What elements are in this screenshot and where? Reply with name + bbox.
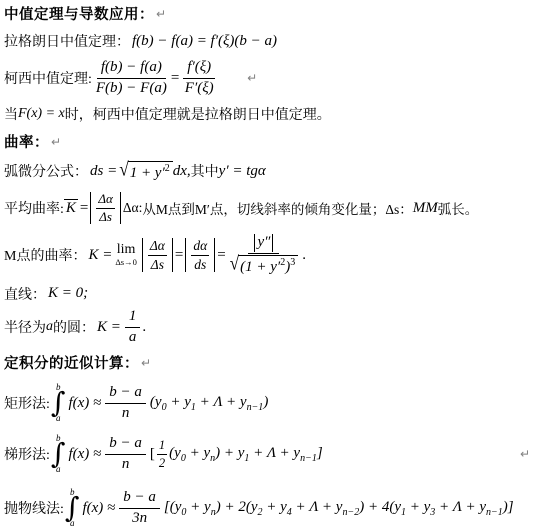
exponent: 3 — [290, 257, 295, 268]
delta-fraction: Δα Δs — [148, 238, 167, 272]
series-subscript: n−1 — [300, 453, 317, 464]
main-fraction: y″ √ (1 + y′2)3 — [230, 234, 299, 276]
integral-sign: b ∫ a — [51, 434, 66, 474]
integral-glyph: ∫ — [51, 443, 66, 465]
limit-operator: lim Δs→0 — [115, 243, 137, 267]
paragraph-mark-icon: ↵ — [156, 7, 166, 21]
series-text: + Λ + y — [196, 394, 247, 410]
series-text: (y — [169, 445, 181, 461]
cauchy-label: 柯西中值定理: — [4, 68, 92, 88]
lim-word: lim — [117, 243, 136, 257]
note-pre: 当 — [4, 104, 18, 124]
arc-rhs: y′ = tgα — [219, 163, 266, 180]
line-label: 直线： — [4, 284, 46, 304]
absolute-value: dα ds — [185, 238, 215, 272]
paragraph-mark-icon: ↵ — [520, 447, 530, 461]
fraction-denominator: 2 — [159, 455, 165, 470]
series-subscript: n−1 — [247, 402, 264, 413]
fraction-numerator: f′(ξ) — [183, 59, 215, 78]
integral-glyph: ∫ — [51, 392, 66, 414]
absolute-value: Δα Δs — [142, 238, 173, 272]
d-fraction: dα ds — [191, 238, 209, 272]
trap-label: 梯形法: — [4, 444, 50, 464]
equals-sign: = — [171, 70, 179, 87]
integral-lower-limit: a — [56, 414, 61, 423]
series-text: )] — [503, 499, 514, 515]
delta-s-label: Δs： — [385, 198, 412, 218]
integral-sign: b ∫ a — [51, 383, 66, 423]
arc-lhs: ds = — [90, 163, 117, 180]
k-bar: K — [64, 199, 78, 217]
average-curvature-line: 平均曲率: K = Δα Δs Δα: 从M点到M′点，切线斜率的倾角变化量； … — [4, 189, 550, 227]
arc-length-text: 弧长。 — [438, 198, 479, 218]
fraction-numerator: 1 — [125, 308, 141, 327]
fx-approx: f(x) ≈ — [82, 500, 115, 517]
lagrange-formula: f(b) − f(a) = f′(ξ)(b − a) — [132, 33, 277, 50]
document-page: { "sym": { "pilcrow": "↵", "integral": "… — [0, 0, 550, 526]
rectangle-method-line: 矩形法: b ∫ a f(x) ≈ b − a n (y0 + y1 + Λ +… — [4, 377, 550, 429]
section-title-integrals: 定积分的近似计算： — [4, 352, 139, 373]
paragraph-mark-icon: ↵ — [247, 71, 257, 85]
lim-subscript: Δs→0 — [115, 258, 137, 267]
series-text: ] — [317, 445, 323, 461]
fx-approx: f(x) ≈ — [68, 395, 101, 412]
paragraph-mark-icon: ↵ — [141, 356, 151, 370]
m-curvature-label: M点的曲率： — [4, 245, 86, 265]
trap-series: (y0 + yn) + y1 + Λ + yn−1] — [169, 445, 323, 464]
one-over-a-fraction: 1 a — [125, 308, 141, 346]
avg-note-text: 从M点到M′点，切线斜率的倾角变化量； — [142, 198, 385, 218]
arc-mid: 其中 — [191, 161, 219, 181]
note-math: F(x) = x — [18, 106, 65, 122]
fraction-numerator: Δα — [96, 192, 114, 209]
parabola-method-line: 抛物线法: b ∫ a f(x) ≈ b − a 3n [(y0 + yn) +… — [4, 483, 550, 526]
series-text: ) + 2(y — [216, 499, 258, 515]
arc-label: 弧微分公式： — [4, 161, 88, 181]
section-title-curvature: 曲率： — [4, 131, 49, 152]
period: . — [302, 247, 306, 264]
para-label: 抛物线法: — [4, 498, 64, 518]
fraction-denominator: F′(ξ) — [185, 79, 214, 97]
step-fraction: b − a n — [105, 435, 146, 473]
equals-sign: = — [217, 247, 225, 264]
radical-sign: √ — [119, 159, 128, 178]
open-bracket: [ — [150, 446, 155, 463]
integral-lower-limit: a — [70, 519, 75, 526]
fx-approx: f(x) ≈ — [68, 446, 101, 463]
sqrt-radical: √ (1 + y′2)3 — [230, 255, 299, 276]
step-fraction: b − a 3n — [119, 489, 160, 526]
arc-dx: dx, — [173, 163, 191, 180]
k-equals: K = — [88, 247, 112, 264]
series-text: + y — [262, 499, 286, 515]
integral-glyph: ∫ — [65, 497, 80, 519]
series-text: [(y — [164, 499, 182, 515]
integral-lower-limit: a — [56, 465, 61, 474]
series-subscript: n−2 — [342, 507, 359, 518]
series-text: (y — [150, 394, 162, 410]
fraction-numerator: b − a — [105, 435, 146, 454]
series-text: + Λ + y — [292, 499, 343, 515]
fraction-numerator: dα — [191, 238, 209, 256]
radicand: (1 + y′2)3 — [238, 255, 298, 276]
section-title-integrals-row: 定积分的近似计算： ↵ — [4, 352, 550, 373]
radical-sign: √ — [230, 253, 239, 272]
line-formula: K = 0; — [48, 285, 88, 302]
fraction-denominator: ds — [194, 256, 206, 273]
series-text: + y — [167, 394, 191, 410]
delta-alpha-label: Δα: — [123, 200, 143, 216]
series-text: + Λ + y — [435, 499, 486, 515]
radicand: 1 + y′2 — [128, 161, 173, 182]
cauchy-line: 柯西中值定理: f(b) − f(a) F(b) − F(a) = f′(ξ) … — [4, 55, 550, 101]
lagrange-line: 拉格朗日中值定理： f(b) − f(a) = f′(ξ)(b − a) — [4, 30, 550, 52]
para-series: [(y0 + yn) + 2(y2 + y4 + Λ + yn−2) + 4(y… — [164, 499, 514, 518]
circle-radius-a: a — [46, 319, 53, 335]
rect-label: 矩形法: — [4, 393, 50, 413]
series-subscript: n−1 — [486, 507, 503, 518]
section-title-mvt-row: 中值定理与导数应用： ↵ — [4, 3, 550, 24]
period: . — [142, 319, 146, 336]
section-title-curvature-row: 曲率： ↵ — [4, 131, 550, 152]
cauchy-note-line: 当 F(x) = x 时，柯西中值定理就是拉格朗日中值定理。 — [4, 103, 550, 124]
note-post: 时，柯西中值定理就是拉格朗日中值定理。 — [65, 104, 331, 124]
absolute-value: Δα Δs — [90, 192, 120, 225]
fraction-denominator: F(b) − F(a) — [96, 79, 167, 97]
fraction-numerator: y″ — [248, 234, 279, 253]
trapezoid-method-line: 梯形法: b ∫ a f(x) ≈ b − a n [ 1 2 (y0 + yn… — [4, 431, 550, 477]
series-text: + Λ + y — [249, 445, 300, 461]
series-text: ) — [263, 394, 268, 410]
sqrt-radical: √ 1 + y′2 — [119, 161, 173, 182]
fraction-numerator: 1 — [157, 438, 167, 454]
step-fraction: b − a n — [105, 384, 146, 422]
arc-differential-line: 弧微分公式： ds = √ 1 + y′2 dx, 其中 y′ = tgα — [4, 157, 550, 185]
fraction-numerator: f(b) − f(a) — [97, 59, 166, 78]
fraction-numerator: b − a — [105, 384, 146, 403]
delta-fraction: Δα Δs — [96, 192, 114, 225]
circle-curvature-row: 半径为 a 的圆： K = 1 a . — [4, 307, 550, 347]
m-point-curvature-line: M点的曲率： K = lim Δs→0 Δα Δs = dα ds = y″ √… — [4, 231, 550, 279]
series-text: + y — [406, 499, 430, 515]
radicand-text: (1 + y′ — [240, 259, 280, 275]
circle-label-post: 的圆： — [53, 317, 95, 337]
fraction-denominator: Δs — [151, 256, 164, 273]
fraction-denominator: √ (1 + y′2)3 — [230, 254, 299, 276]
y-second-derivative: y″ — [257, 234, 270, 251]
fraction-numerator: b − a — [119, 489, 160, 508]
k-equals: K = — [97, 319, 121, 336]
fraction-denominator: Δs — [99, 209, 112, 225]
avg-curvature-label: 平均曲率: — [4, 198, 64, 218]
fraction-denominator: n — [122, 455, 130, 473]
rect-series: (y0 + y1 + Λ + yn−1) — [150, 394, 268, 413]
series-text: ) + 4(y — [359, 499, 401, 515]
integral-sign: b ∫ a — [65, 488, 80, 526]
absolute-value: y″ — [254, 234, 273, 251]
circle-label-pre: 半径为 — [4, 317, 46, 337]
mm-arc: MM — [413, 200, 438, 217]
exponent: 2 — [165, 163, 170, 174]
fraction-denominator: n — [122, 404, 130, 422]
fraction-numerator: Δα — [148, 238, 167, 256]
radicand-text: 1 + y′ — [130, 165, 165, 181]
equals-sign: = — [175, 247, 183, 264]
lagrange-label: 拉格朗日中值定理： — [4, 31, 130, 51]
series-text: + y — [186, 445, 210, 461]
series-text: + y — [186, 499, 210, 515]
fraction-denominator: a — [129, 328, 137, 346]
section-title-mvt: 中值定理与导数应用： — [4, 3, 154, 24]
cauchy-fraction-left: f(b) − f(a) F(b) − F(a) — [96, 59, 167, 97]
series-text: ) + y — [215, 445, 244, 461]
straight-line-row: 直线： K = 0; — [4, 283, 550, 304]
fraction-denominator: 3n — [132, 509, 147, 526]
one-half-fraction: 1 2 — [157, 438, 167, 470]
cauchy-fraction-right: f′(ξ) F′(ξ) — [183, 59, 215, 97]
equals-sign: = — [80, 200, 88, 217]
paragraph-mark-icon: ↵ — [51, 135, 61, 149]
